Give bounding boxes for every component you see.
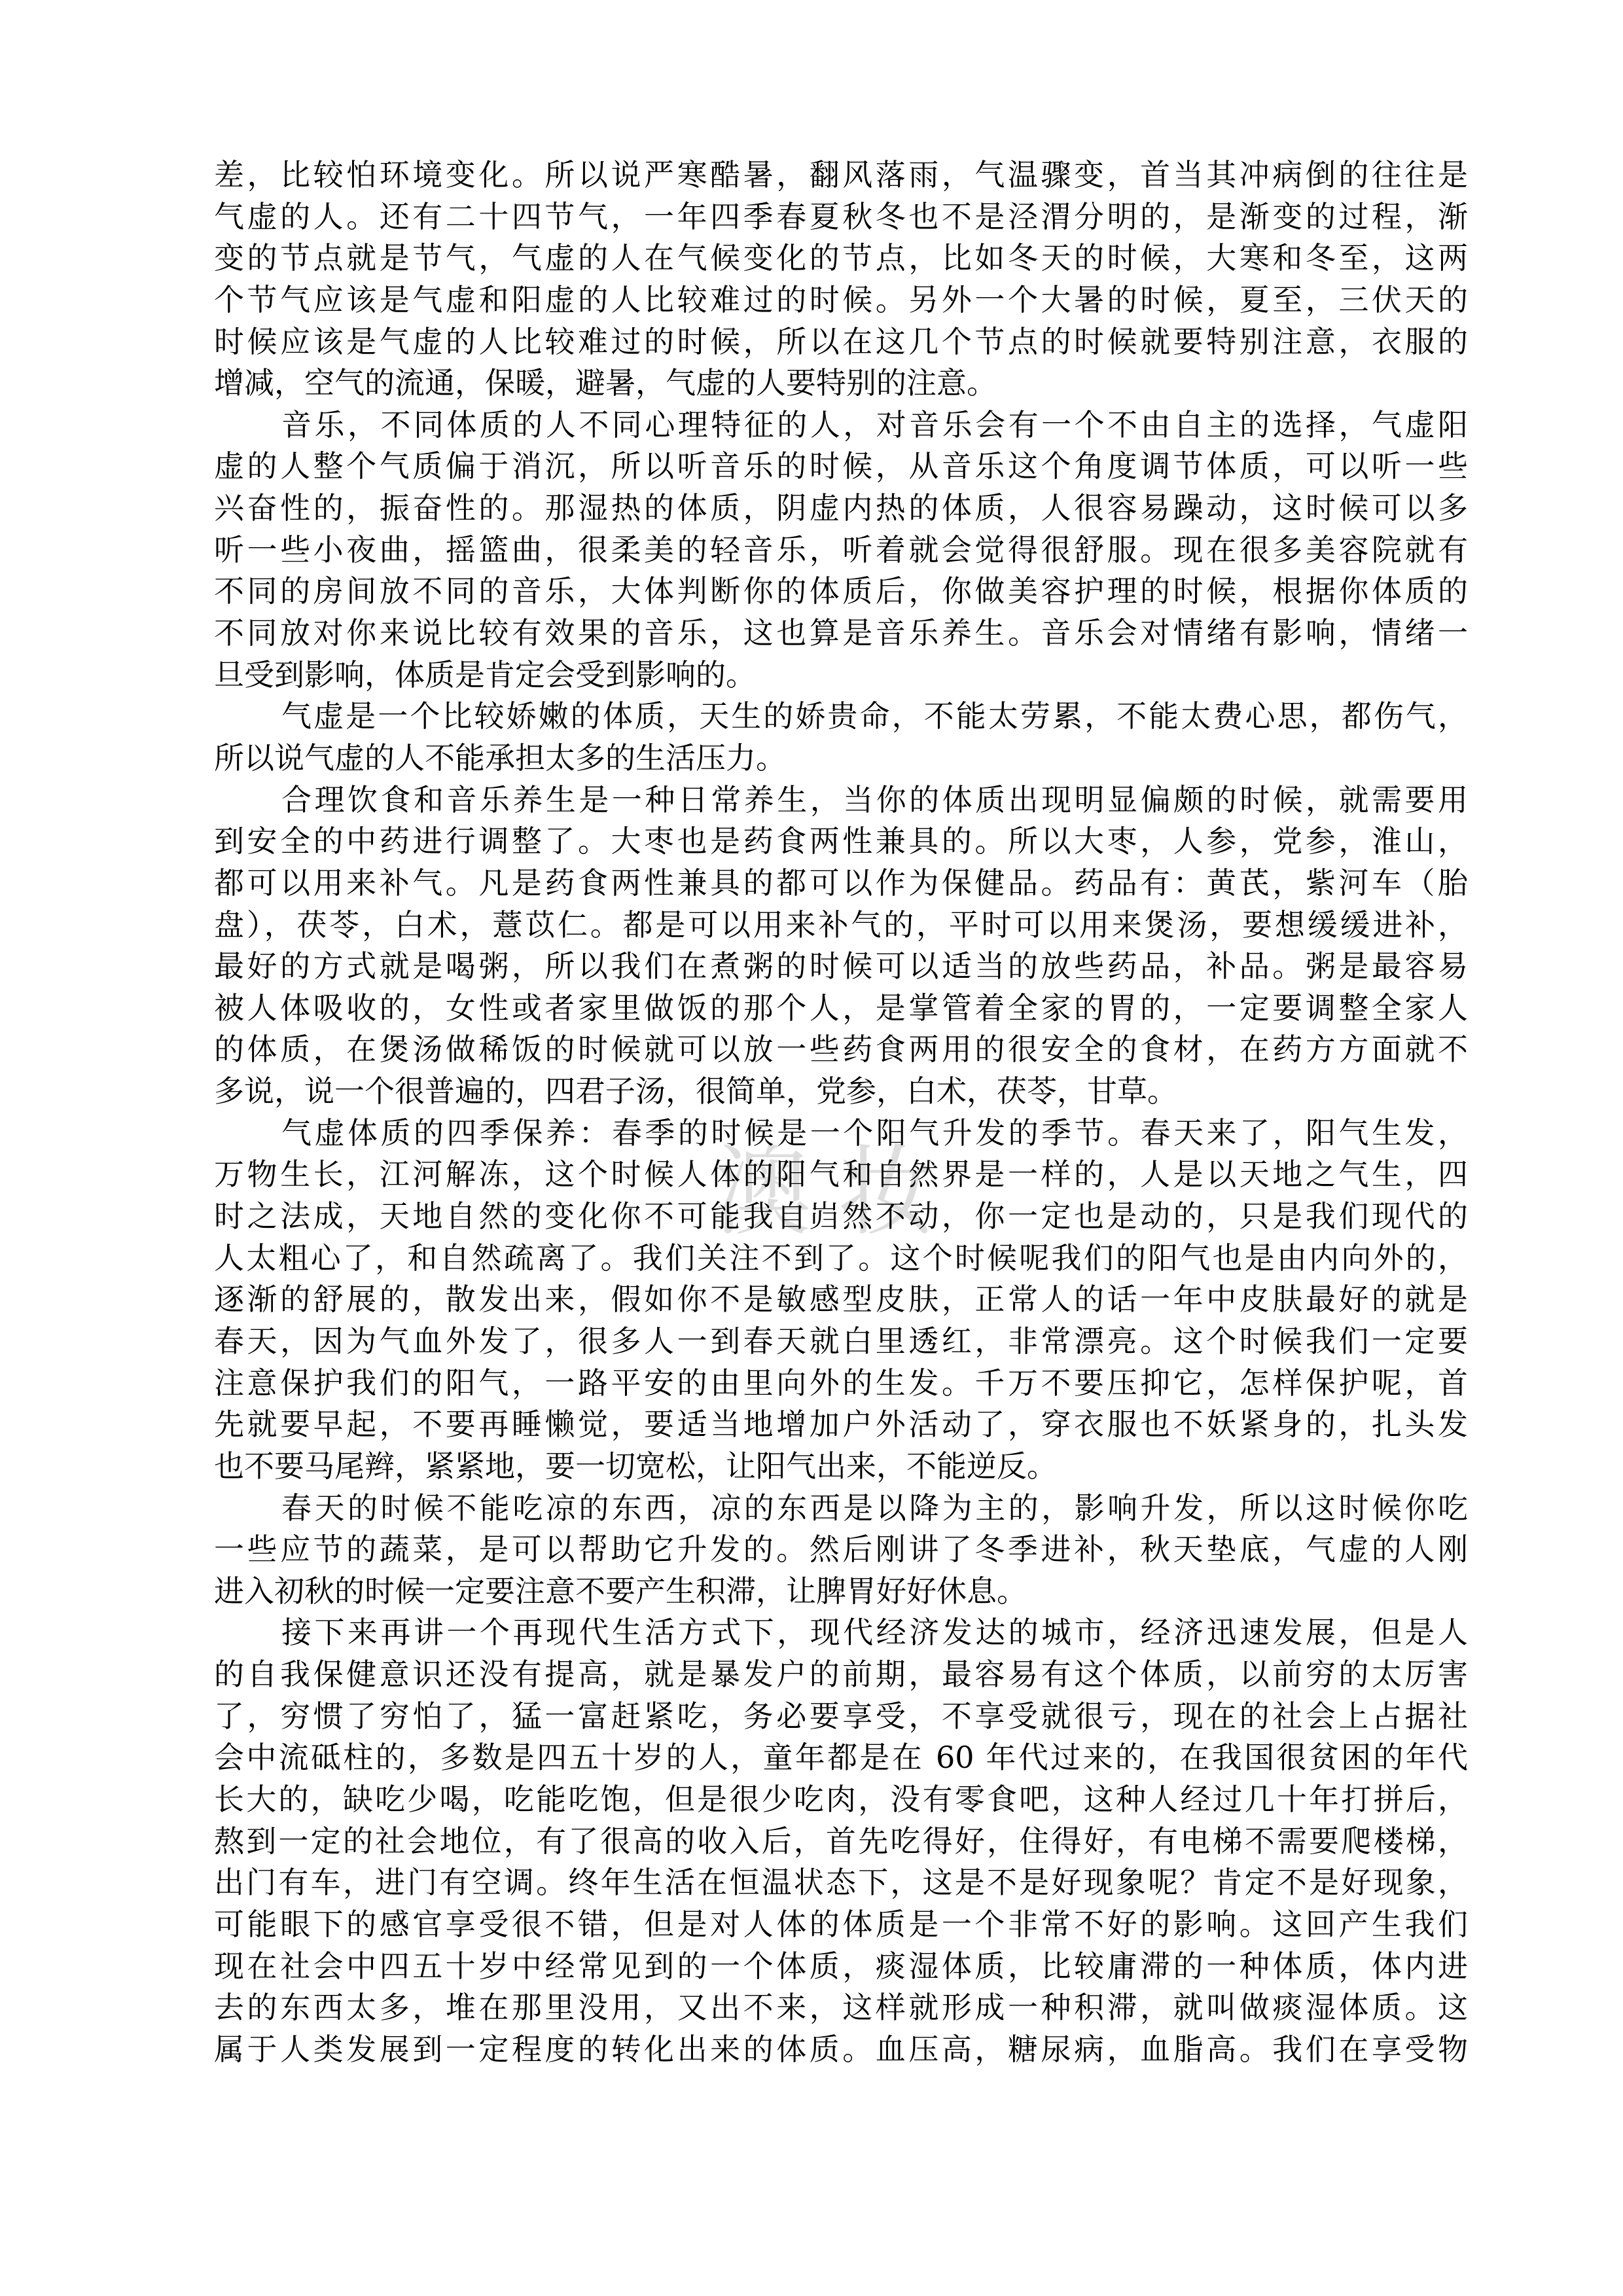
text-line: 都可以用来补气。凡是药食两性兼具的都可以作为保健品。药品有：黄芪，紫河车（胎 — [214, 863, 1468, 905]
text-line: 被人体吸收的，女性或者家里做饭的那个人，是掌管着全家的胃的，一定要调整全家人 — [214, 988, 1468, 1030]
document-page: 澳妆 差，比较怕环境变化。所以说严寒酷暑，翻风落雨，气温骤变，首当其冲病倒的往往… — [0, 0, 1623, 2296]
text-line: 旦受到影响，体质是肯定会受到影响的。 — [214, 655, 1468, 696]
text-line: 气虚是一个比较娇嫩的体质，天生的娇贵命，不能太劳累，不能太费心思，都伤气， — [214, 696, 1468, 738]
text-line: 熬到一定的社会地位，有了很高的收入后，首先吃得好，住得好，有电梯不需要爬楼梯， — [214, 1821, 1468, 1863]
paragraph: 接下来再讲一个再现代生活方式下，现代经济发达的城市，经济迅速发展，但是人的自我保… — [214, 1612, 1468, 2070]
text-line: 所以说气虚的人不能承担太多的生活压力。 — [214, 738, 1468, 780]
paragraph: 差，比较怕环境变化。所以说严寒酷暑，翻风落雨，气温骤变，首当其冲病倒的往往是气虚… — [214, 154, 1468, 404]
paragraph: 音乐，不同体质的人不同心理特征的人，对音乐会有一个不由自主的选择，气虚阳虚的人整… — [214, 404, 1468, 696]
text-line: 到安全的中药进行调整了。大枣也是药食两性兼具的。所以大枣，人参，党参，淮山， — [214, 821, 1468, 863]
text-line: 增减，空气的流通，保暖，避暑，气虚的人要特别的注意。 — [214, 363, 1468, 404]
text-line: 也不要马尾辫，紧紧地，要一切宽松，让阳气出来，不能逆反。 — [214, 1446, 1468, 1488]
text-line: 春天，因为气血外发了，很多人一到春天就白里透红，非常漂亮。这个时候我们一定要 — [214, 1321, 1468, 1363]
text-line: 出门有车，进门有空调。终年生活在恒温状态下，这是不是好现象呢？肯定不是好现象， — [214, 1862, 1468, 1904]
text-line: 万物生长，江河解冻，这个时候人体的阳气和自然界是一样的，人是以天地之气生，四 — [214, 1154, 1468, 1196]
text-line: 虚的人整个气质偏于消沉，所以听音乐的时候，从音乐这个角度调节体质，可以听一些 — [214, 446, 1468, 488]
text-line: 气虚的人。还有二十四节气，一年四季春夏秋冬也不是泾渭分明的，是渐变的过程，渐 — [214, 196, 1468, 238]
text-line: 时之法成，天地自然的变化你不可能我自岿然不动，你一定也是动的，只是我们现代的 — [214, 1196, 1468, 1238]
text-line: 进入初秋的时候一定要注意不要产生积滞，让脾胃好好休息。 — [214, 1571, 1468, 1613]
text-line: 变的节点就是节气，气虚的人在气候变化的节点，比如冬天的时候，大寒和冬至，这两 — [214, 238, 1468, 279]
paragraph: 气虚体质的四季保养：春季的时候是一个阳气升发的季节。春天来了，阳气生发，万物生长… — [214, 1113, 1468, 1488]
document-body: 差，比较怕环境变化。所以说严寒酷暑，翻风落雨，气温骤变，首当其冲病倒的往往是气虚… — [214, 154, 1468, 2070]
text-line: 音乐，不同体质的人不同心理特征的人，对音乐会有一个不由自主的选择，气虚阳 — [214, 404, 1468, 446]
text-line: 先就要早起，不要再睡懒觉，要适当地增加户外活动了，穿衣服也不妖紧身的，扎头发 — [214, 1404, 1468, 1446]
text-line: 多说，说一个很普遍的，四君子汤，很简单，党参，白术，茯苓，甘草。 — [214, 1071, 1468, 1113]
text-line: 个节气应该是气虚和阳虚的人比较难过的时候。另外一个大暑的时候，夏至，三伏天的 — [214, 279, 1468, 321]
text-line: 不同放对你来说比较有效果的音乐，这也算是音乐养生。音乐会对情绪有影响，情绪一 — [214, 613, 1468, 655]
text-line: 了，穷惯了穷怕了，猛一富赶紧吃，务必要享受，不享受就很亏，现在的社会上占据社 — [214, 1696, 1468, 1738]
text-line: 盘），茯苓，白术，薏苡仁。都是可以用来补气的，平时可以用来煲汤，要想缓缓进补， — [214, 905, 1468, 946]
text-line: 合理饮食和音乐养生是一种日常养生，当你的体质出现明显偏颇的时候，就需要用 — [214, 780, 1468, 821]
text-line: 接下来再讲一个再现代生活方式下，现代经济发达的城市，经济迅速发展，但是人 — [214, 1612, 1468, 1654]
text-line: 听一些小夜曲，摇篮曲，很柔美的轻音乐，听着就会觉得很舒服。现在很多美容院就有 — [214, 529, 1468, 571]
text-line: 一些应节的蔬菜，是可以帮助它升发的。然后刚讲了冬季进补，秋天垫底，气虚的人刚 — [214, 1529, 1468, 1571]
paragraph: 气虚是一个比较娇嫩的体质，天生的娇贵命，不能太劳累，不能太费心思，都伤气，所以说… — [214, 696, 1468, 779]
text-line: 气虚体质的四季保养：春季的时候是一个阳气升发的季节。春天来了，阳气生发， — [214, 1113, 1468, 1155]
text-line: 人太粗心了，和自然疏离了。我们关注不到了。这个时候呢我们的阳气也是由内向外的， — [214, 1238, 1468, 1280]
text-line: 最好的方式就是喝粥，所以我们在煮粥的时候可以适当的放些药品，补品。粥是最容易 — [214, 946, 1468, 988]
paragraph: 春天的时候不能吃凉的东西，凉的东西是以降为主的，影响升发，所以这时候你吃一些应节… — [214, 1488, 1468, 1613]
paragraph: 合理饮食和音乐养生是一种日常养生，当你的体质出现明显偏颇的时候，就需要用到安全的… — [214, 780, 1468, 1113]
text-line: 兴奋性的，振奋性的。那湿热的体质，阴虚内热的体质，人很容易躁动，这时候可以多 — [214, 488, 1468, 529]
text-line: 会中流砥柱的，多数是四五十岁的人，童年都是在 60 年代过来的，在我国很贫困的年… — [214, 1737, 1468, 1779]
text-line: 春天的时候不能吃凉的东西，凉的东西是以降为主的，影响升发，所以这时候你吃 — [214, 1488, 1468, 1530]
text-line: 属于人类发展到一定程度的转化出来的体质。血压高，糖尿病，血脂高。我们在享受物 — [214, 2029, 1468, 2071]
text-line: 不同的房间放不同的音乐，大体判断你的体质后，你做美容护理的时候，根据你体质的 — [214, 571, 1468, 613]
text-line: 现在社会中四五十岁中经常见到的一个体质，痰湿体质，比较庸滞的一种体质，体内进 — [214, 1946, 1468, 1988]
text-line: 长大的，缺吃少喝，吃能吃饱，但是很少吃肉，没有零食吧，这种人经过几十年打拼后， — [214, 1779, 1468, 1821]
text-line: 的体质，在煲汤做稀饭的时候就可以放一些药食两用的很安全的食材，在药方方面就不 — [214, 1029, 1468, 1071]
text-line: 差，比较怕环境变化。所以说严寒酷暑，翻风落雨，气温骤变，首当其冲病倒的往往是 — [214, 154, 1468, 196]
text-line: 可能眼下的感官享受很不错，但是对人体的体质是一个非常不好的影响。这回产生我们 — [214, 1904, 1468, 1946]
text-line: 的自我保健意识还没有提高，就是暴发户的前期，最容易有这个体质，以前穷的太厉害 — [214, 1654, 1468, 1696]
text-line: 逐渐的舒展的，散发出来，假如你不是敏感型皮肤，正常人的话一年中皮肤最好的就是 — [214, 1279, 1468, 1321]
text-line: 注意保护我们的阳气，一路平安的由里向外的生发。千万不要压抑它，怎样保护呢，首 — [214, 1363, 1468, 1405]
text-line: 去的东西太多，堆在那里没用，又出不来，这样就形成一种积滞，就叫做痰湿体质。这 — [214, 1987, 1468, 2029]
text-line: 时候应该是气虚的人比较难过的时候，所以在这几个节点的时候就要特别注意，衣服的 — [214, 321, 1468, 363]
